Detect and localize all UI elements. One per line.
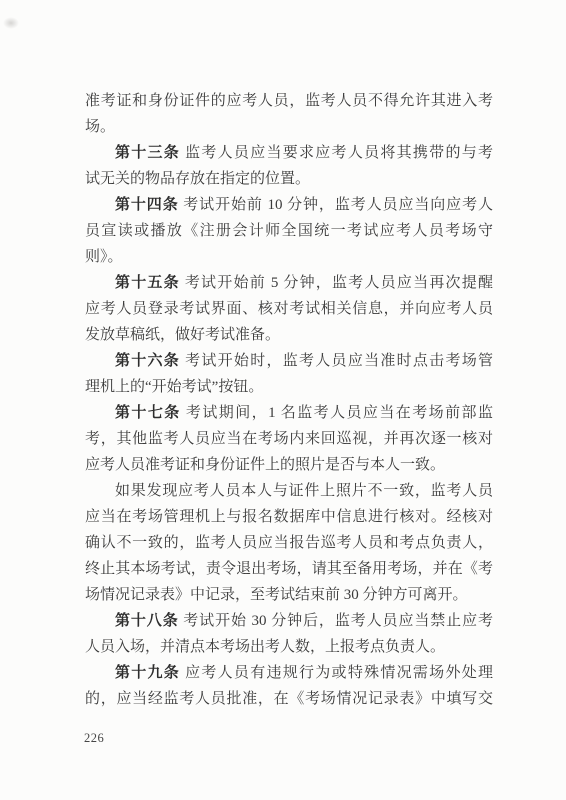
text-line: 员宣读或播放《注册会计师全国统一考试应考人员考场守 — [85, 218, 493, 244]
text-line: 第十七条 考试期间，1 名监考人员应当在考场前部监 — [85, 400, 493, 426]
text-line: 第十六条 考试开始时，监考人员应当准时点击考场管 — [85, 348, 493, 374]
text-line: 试无关的物品存放在指定的位置。 — [85, 166, 493, 192]
text-line: 发放草稿纸，做好考试准备。 — [85, 322, 493, 348]
text-line: 如果发现应考人员本人与证件上照片不一致，监考人员 — [85, 478, 493, 504]
text-line: 第十三条 监考人员应当要求应考人员将其携带的与考 — [85, 140, 493, 166]
text-line: 考，其他监考人员应当在考场内来回巡视，并再次逐一核对 — [85, 426, 493, 452]
article-number: 第十八条 — [115, 613, 179, 629]
text-line: 第十八条 考试开始 30 分钟后，监考人员应当禁止应考 — [85, 608, 493, 634]
text-line: 第十五条 考试开始前 5 分钟，监考人员应当再次提醒 — [85, 270, 493, 296]
article-number: 第十三条 — [115, 145, 180, 161]
article-number: 第十六条 — [115, 353, 180, 369]
text-line: 第十九条 应考人员有违规行为或特殊情况需场外处理 — [85, 660, 493, 686]
scan-smudge — [3, 17, 19, 29]
text-line: 的，应当经监考人员批准，在《考场情况记录表》中填写交 — [85, 686, 493, 712]
text-line: 应当在考场管理机上与报名数据库中信息进行核对。经核对 — [85, 504, 493, 530]
text-block: 准考证和身份证件的应考人员，监考人员不得允许其进入考场。第十三条 监考人员应当要… — [85, 88, 493, 712]
text-line: 理机上的“开始考试”按钮。 — [85, 374, 493, 400]
text-line: 应考人员登录考试界面、核对考试相关信息，并向应考人员 — [85, 296, 493, 322]
article-number: 第十四条 — [115, 197, 179, 213]
article-number: 第十九条 — [115, 665, 180, 681]
text-line: 场情况记录表》中记录，至考试结束前 30 分钟方可离开。 — [85, 582, 493, 608]
document-page: 准考证和身份证件的应考人员，监考人员不得允许其进入考场。第十三条 监考人员应当要… — [0, 0, 566, 800]
text-line: 准考证和身份证件的应考人员，监考人员不得允许其进入考 — [85, 88, 493, 114]
article-number: 第十五条 — [115, 275, 180, 291]
text-line: 则》。 — [85, 244, 493, 270]
text-line: 终止其本场考试，责令退出考场，请其至备用考场，并在《考 — [85, 556, 493, 582]
text-line: 场。 — [85, 114, 493, 140]
text-line: 第十四条 考试开始前 10 分钟，监考人员应当向应考人 — [85, 192, 493, 218]
article-number: 第十七条 — [115, 405, 181, 421]
text-line: 应考人员准考证和身份证件上的照片是否与本人一致。 — [85, 452, 493, 478]
page-number: 226 — [84, 731, 104, 746]
text-line: 人员入场，并清点本考场出考人数，上报考点负责人。 — [85, 634, 493, 660]
text-line: 确认不一致的，监考人员应当报告巡考人员和考点负责人， — [85, 530, 493, 556]
